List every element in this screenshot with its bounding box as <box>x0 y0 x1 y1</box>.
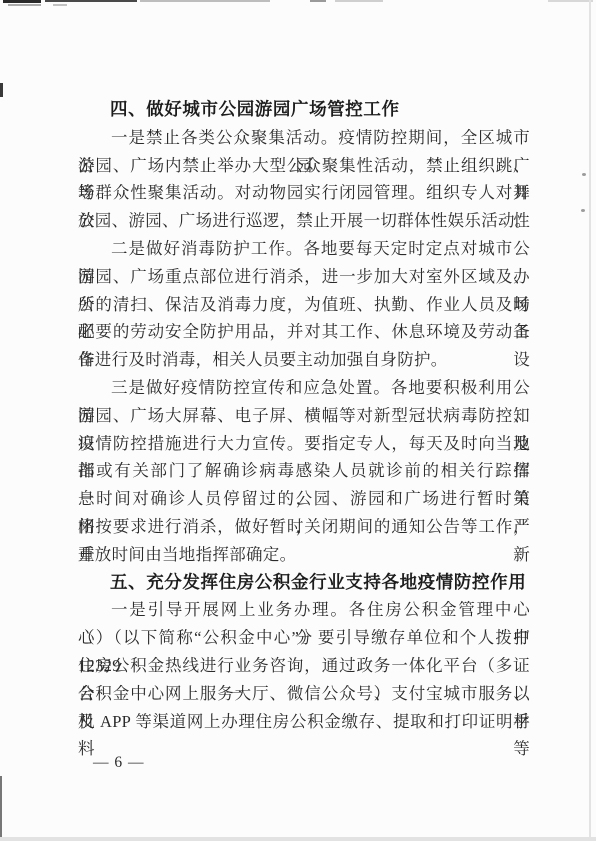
scan-artifact-top-edge <box>548 0 593 2</box>
scan-artifact-left-mark <box>0 83 3 97</box>
paragraph-line: 住房公积金热线进行业务咨询，通过政务一体化平台（多证合一）、 <box>78 652 530 680</box>
paragraph-line: 一是引导开展网上业务办理。各住房公积金管理中心（分中 <box>78 596 530 624</box>
paragraph-line: 一时间对确诊人员停留过的公园、游园和广场进行暂时关闭，严 <box>78 485 530 513</box>
scan-artifact-bottom-edge <box>0 837 596 841</box>
scan-artifact-dot <box>582 173 586 176</box>
paragraph-line: 必要的劳动安全防护用品，并对其工作、休息环境及劳动工作设 <box>78 318 530 346</box>
paragraph-line: 等群众性聚集活动。对动物园实行闭园管理。组织专人对开放性 <box>78 179 530 207</box>
paragraph-line: 疫情防控措施进行大力宣传。要指定专人，每天及时向当地指挥 <box>78 430 530 458</box>
paragraph-line: 游园、广场大屏幕、电子屏、横幅等对新型冠状病毒防控知识及 <box>78 402 530 430</box>
section-heading-4: 四、做好城市公园游园广场管控工作 <box>78 96 530 124</box>
scan-artifact-top-edge <box>53 4 67 6</box>
scan-artifact-top-edge <box>140 0 270 2</box>
scanned-document-page: 四、做好城市公园游园广场管控工作 一是禁止各类公众聚集活动。疫情防控期间，全区城… <box>0 0 596 841</box>
scan-artifact-page-edge-line <box>589 0 591 841</box>
paragraph-line: 机 APP 等渠道网上办理住房公积金缴存、提取和打印证明材料等 <box>78 708 530 736</box>
paragraph-line: 所的清扫、保洁及消毒力度，为值班、执勤、作业人员及时配备 <box>78 291 530 319</box>
paragraph-line: 游园、广场内禁止举办大型公众聚集性活动，禁止组织跳广场舞 <box>78 152 530 180</box>
scan-artifact-dot <box>581 209 585 212</box>
paragraph-line: 一是禁止各类公众聚集活动。疫情防控期间，全区城市公园、 <box>78 124 530 152</box>
document-body: 四、做好城市公园游园广场管控工作 一是禁止各类公众聚集活动。疫情防控期间，全区城… <box>78 96 530 735</box>
paragraph-2: 二是做好消毒防护工作。各地要每天定时定点对城市公园、 游园、广场重点部位进行消杀… <box>78 235 530 374</box>
paragraph-1: 一是禁止各类公众聚集活动。疫情防控期间，全区城市公园、 游园、广场内禁止举办大型… <box>78 124 530 235</box>
paragraph-line: 格按要求进行消杀，做好暂时关闭期间的通知公告等工作，重新 <box>78 513 530 541</box>
section-heading-5: 五、充分发挥住房公积金行业支持各地疫情防控作用 <box>78 569 530 597</box>
scan-artifact-top-edge <box>3 0 41 3</box>
scan-artifact-top-edge <box>45 0 137 2</box>
paragraph-line: 游园、广场重点部位进行消杀，进一步加大对室外区域及办公场 <box>78 263 530 291</box>
paragraph-4: 一是引导开展网上业务办理。各住房公积金管理中心（分中 心）（以下简称“公积金中心… <box>78 596 530 735</box>
paragraph-line: 二是做好消毒防护工作。各地要每天定时定点对城市公园、 <box>78 235 530 263</box>
page-number: — 6 — <box>93 753 145 773</box>
scan-artifact-left-edge <box>0 776 2 837</box>
scan-artifact-top-edge <box>335 0 383 2</box>
scan-artifact-top-edge <box>310 0 326 2</box>
paragraph-line: 公园、游园、广场进行巡逻，禁止开展一切群体性娱乐活动。 <box>78 207 530 235</box>
scan-artifact-top-edge <box>8 4 41 6</box>
paragraph-line: 公积金中心网上服务大厅、微信公众号、支付宝城市服务以及手 <box>78 680 530 708</box>
paragraph-line: 三是做好疫情防控宣传和应急处置。各地要积极利用公园、 <box>78 374 530 402</box>
paragraph-line: 部或有关部门了解确诊病毒感染人员就诊前的相关行踪信息，第 <box>78 457 530 485</box>
paragraph-3: 三是做好疫情防控宣传和应急处置。各地要积极利用公园、 游园、广场大屏幕、电子屏、… <box>78 374 530 569</box>
paragraph-line: 心）（以下简称“公积金中心”）要引导缴存单位和个人拨打 12329 <box>78 624 530 652</box>
